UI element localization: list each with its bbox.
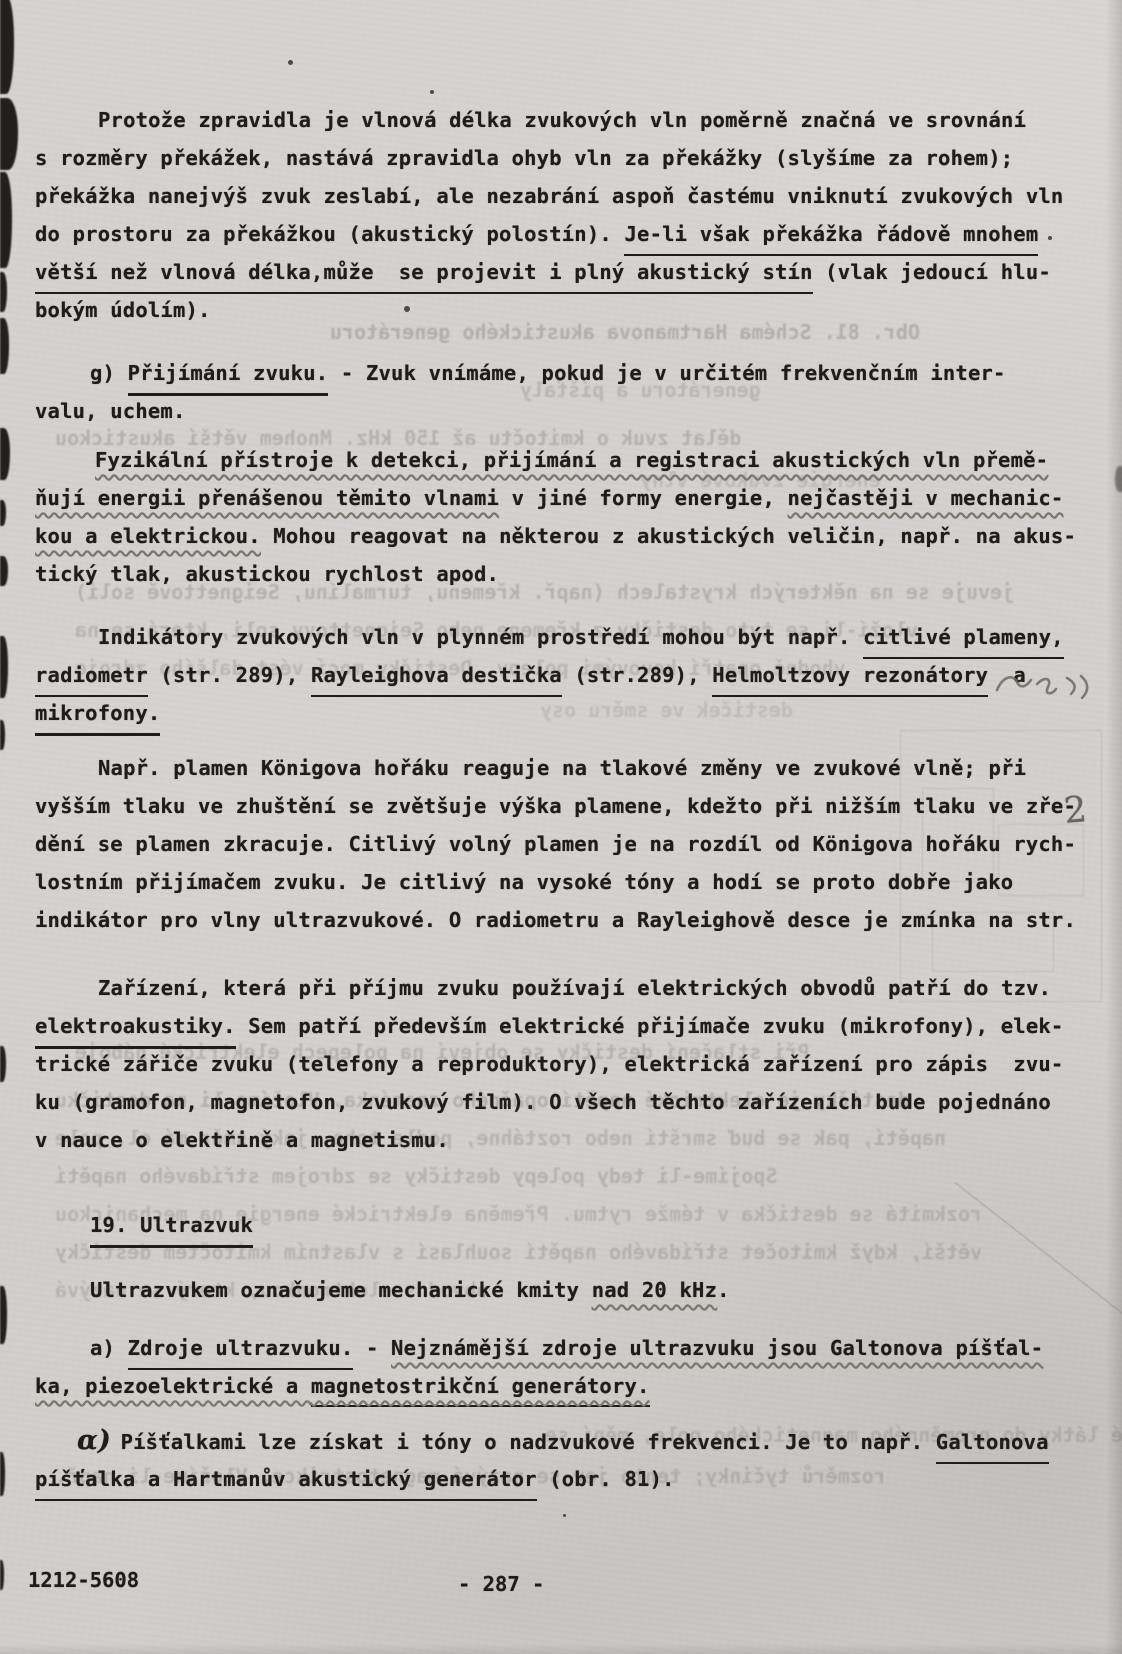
text-line: kou a elektrickou. Mohou reagovat na něk… (35, 517, 1076, 555)
text-layer: Protože zpravidla je vlnová délka zvukov… (0, 0, 1122, 1654)
text-line: α) Píšťalkami lze získat i tóny o nadzvu… (35, 1422, 1049, 1460)
scanned-page: Obr. 81. Schéma Hartmanova akustického g… (0, 0, 1122, 1654)
pencil-margin-note: 2 (1062, 789, 1088, 832)
ink-speck (404, 306, 410, 312)
text-line: překážka nanejvýš zvuk zeslabí, ale neza… (35, 177, 1063, 215)
text-line: píšťalka a Hartmanův akustický generátor… (35, 1460, 675, 1498)
text-line: Zařízení, která při příjmu zvuku používa… (35, 969, 1051, 1007)
text-line: Indikátory zvukových vln v plynném prost… (35, 618, 1064, 656)
ink-speck (430, 90, 434, 94)
text-line: Protože zpravidla je vlnová délka zvukov… (35, 101, 1026, 139)
text-line: Např. plamen Königova hořáku reaguje na … (35, 749, 1026, 787)
text-line: Ultrazvukem označujeme mechanické kmity … (35, 1271, 730, 1309)
text-line: ku (gramofon, magnetofon, zvukový film).… (35, 1083, 1051, 1121)
ink-speck (563, 1514, 566, 1517)
text-line: dění se plamen zkracuje. Citlivý volný p… (35, 825, 1076, 863)
text-line: v nauce o elektřině a magnetismu. (35, 1121, 449, 1159)
text-line: valu, uchem. (35, 392, 186, 430)
text-line: bokým údolím). (35, 291, 211, 329)
page-number: - 287 - (458, 1572, 544, 1596)
text-line: 19. Ultrazvuk (35, 1206, 253, 1244)
pencil-scribble-annotation (993, 664, 1097, 716)
document-number: 1212-5608 (28, 1568, 139, 1592)
text-line: ňují energii přenášenou těmito vlnami v … (35, 479, 1063, 517)
ink-speck (1048, 236, 1052, 240)
text-line: tický tlak, akustickou rychlost apod. (35, 555, 499, 593)
text-line: větší než vlnová délka,může se projevit … (35, 253, 1051, 291)
ink-speck (288, 60, 293, 65)
text-line: g) Přijímání zvuku. - Zvuk vnímáme, poku… (35, 354, 1006, 392)
text-line: s rozměry překážek, nastává zpravidla oh… (35, 139, 1013, 177)
text-line: do prostoru za překážkou (akustický polo… (35, 215, 1038, 253)
scan-right-mark (1115, 466, 1122, 492)
text-line: indikátor pro vlny ultrazvukové. O radio… (35, 901, 1076, 939)
text-line: lostním přijímačem zvuku. Je citlivý na … (35, 863, 1013, 901)
text-line: ka, piezoelektrické a magnetostrikční ge… (35, 1367, 650, 1405)
text-line: elektroakustiky. Sem patří především ele… (35, 1007, 1063, 1045)
text-line: radiometr (str. 289), Rayleighova destič… (35, 656, 1026, 694)
scan-right-edge (1106, 0, 1122, 1654)
text-line: mikrofony. (35, 694, 160, 732)
text-line: trické zářiče zvuku (telefony a reproduk… (35, 1045, 1063, 1083)
text-line: Fyzikální přístroje k detekci, přijímání… (35, 441, 1048, 479)
text-line: vyšším tlaku ve zhuštění se zvětšuje výš… (35, 787, 1076, 825)
text-line: a) Zdroje ultrazvuku. - Nejznámější zdro… (35, 1329, 1043, 1367)
scan-bottom-edge (0, 1644, 1122, 1654)
